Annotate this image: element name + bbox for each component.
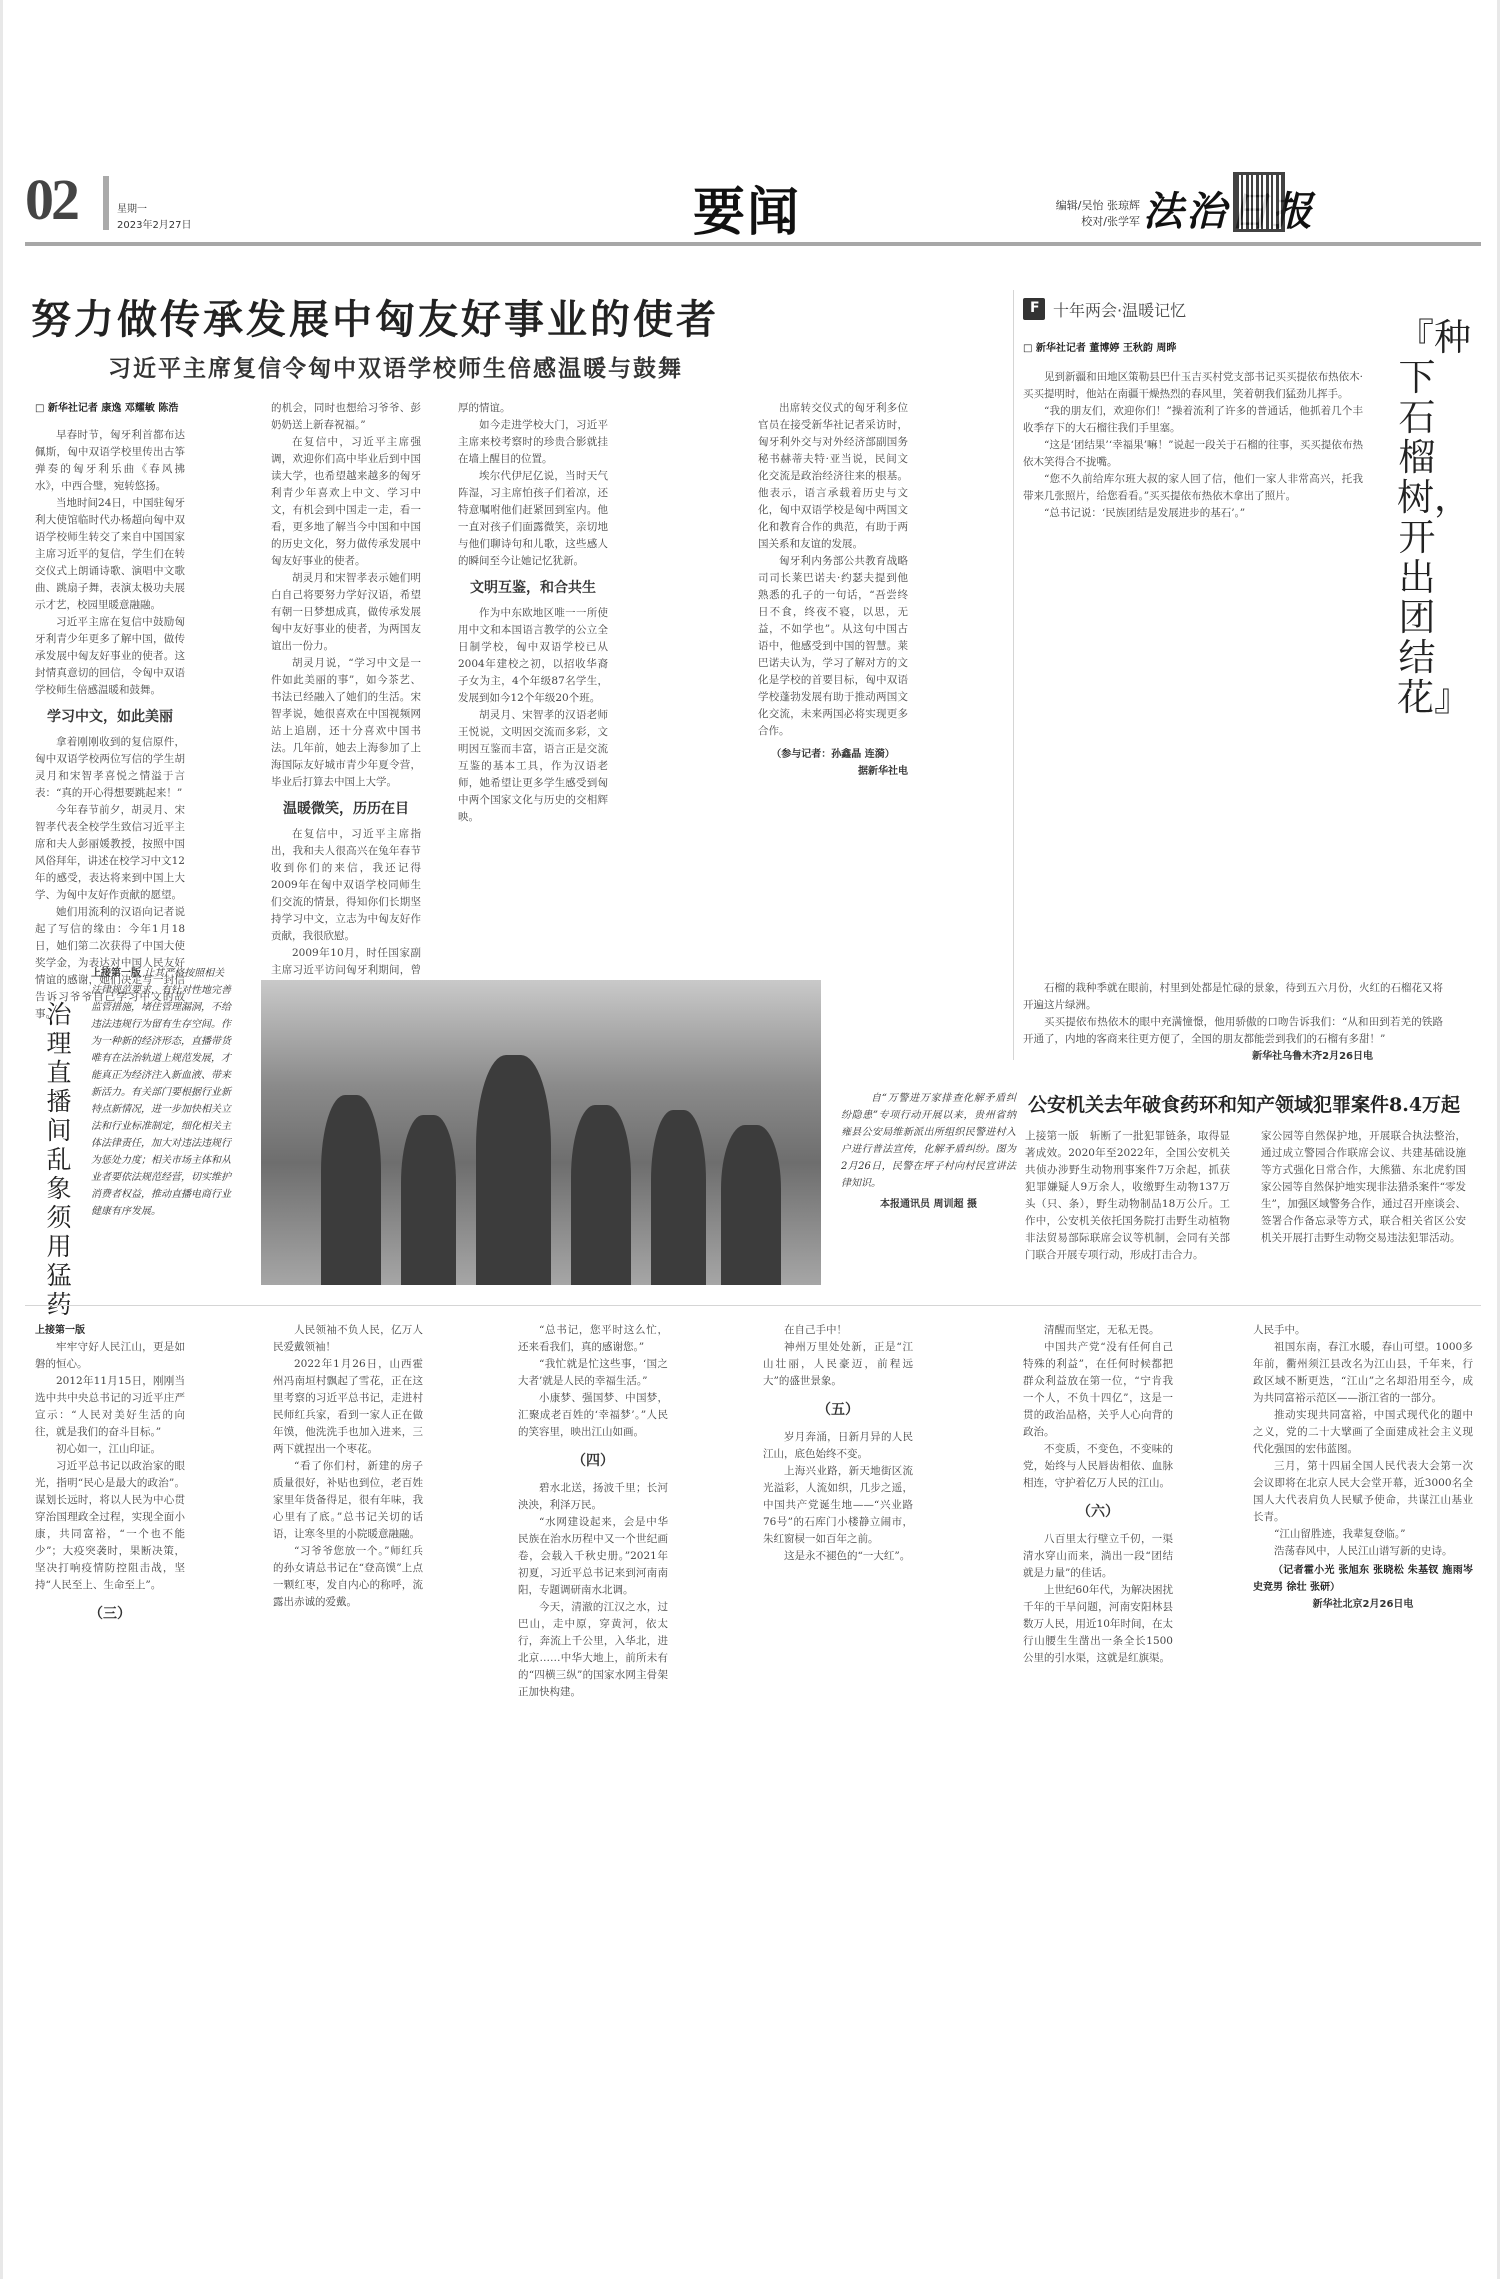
- lead-reporters: （参与记者：孙鑫晶 连漪）: [758, 746, 908, 763]
- column-logo-icon: [1023, 298, 1045, 320]
- paragraph: 小康梦、强国梦、中国梦，汇聚成老百姓的‘幸福梦’。”人民的笑容里，映出江山如画。: [518, 1390, 668, 1441]
- photo-credit: 本报通讯员 周训超 摄: [841, 1196, 1016, 1213]
- weekday: 星期一: [117, 200, 147, 215]
- photo-figure: [476, 1055, 551, 1285]
- paragraph: 作为中东欧地区唯一一所使用中文和本国语言教学的公立全日制学校，匈中双语学校已从2…: [458, 605, 608, 707]
- page-number: 02: [25, 170, 77, 230]
- photo-figure: [721, 1125, 781, 1285]
- paragraph: “总书记，您平时这么忙，还来看我们，真的感谢您。”: [518, 1322, 668, 1356]
- paragraph: “总书记说：‘民族团结是发展进步的基石’。”: [1023, 505, 1363, 522]
- caption-text: 自“万警进万家排查化解矛盾纠纷隐患”专项行动开展以来，贵州省纳雍县公安局维新派出…: [841, 1090, 1016, 1192]
- lead-headline: 努力做传承发展中匈友好事业的使者: [31, 288, 681, 345]
- column-name: 十年两会·温暖记忆: [1053, 298, 1186, 321]
- crime-headline: 公安机关去年破食药环和知产领域犯罪案件8.4万起: [1028, 1090, 1460, 1117]
- commentary-headline: 治理直播间乱象须用猛药: [41, 1000, 77, 1319]
- lead-col-1: □ 新华社记者 康逸 邓耀敏 陈浩 早春时节，匈牙利首都布达佩斯，匈中双语学校里…: [35, 400, 185, 1023]
- paragraph: 石榴的栽种季就在眼前，村里到处都是忙碌的景象，待到五六月份，火红的石榴花又将开遍…: [1023, 980, 1443, 1014]
- paragraph: 碧水北送，扬波千里；长河泱泱，利泽万民。: [518, 1480, 668, 1514]
- rail-dateline: 新华社乌鲁木齐2月26日电: [1023, 1048, 1443, 1065]
- section-marker-3: （三）: [35, 1606, 185, 1623]
- editor-credits: 编辑/吴怡 张琼辉 校对/张学军: [1030, 198, 1140, 230]
- subhead-warm-smile: 温暖微笑，历历在目: [271, 801, 421, 818]
- news-photo: [261, 980, 821, 1285]
- issue-date: 2023年2月27日: [117, 216, 192, 231]
- continued-label: 上接第一版: [35, 1322, 185, 1339]
- section-marker-5: （五）: [763, 1402, 913, 1419]
- paragraph: 祖国东南，春江水暖，春山可望。1000多年前，衢州须江县改名为江山县，千年来，行…: [1253, 1339, 1473, 1407]
- lead-col-2: 的机会，同时也想给习爷爷、彭奶奶送上新春祝福。” 在复信中，习近平主席强调，欢迎…: [271, 400, 421, 996]
- page-number-bar: [103, 176, 109, 230]
- paragraph: 中国共产党“没有任何自己特殊的利益”，在任何时候都把群众利益放在第一位，“宁肯我…: [1023, 1339, 1173, 1441]
- photo-figure: [651, 1110, 706, 1285]
- qr-code-icon[interactable]: [1233, 172, 1285, 232]
- lead-dateline: 据新华社电: [758, 763, 908, 780]
- lead-col-3: 厚的情谊。 如今走进学校大门，习近平主席来校考察时的珍贵合影就挂在墙上醒目的位置…: [458, 400, 608, 826]
- paragraph: 埃尔代伊尼亿说，当时天气阵湿，习主席怕孩子们着凉，还特意嘱咐他们赶紧回到室内。他…: [458, 468, 608, 570]
- section-title: 要闻: [693, 170, 801, 245]
- paragraph: “水网建设起来，会是中华民族在治水历程中又一个世纪画卷，会载入千秋史册。”202…: [518, 1514, 668, 1599]
- paragraph: 初心如一，江山印证。: [35, 1441, 185, 1458]
- paragraph: 习近平总书记以政治家的眼光，指明“民心是最大的政治”。谋划长远时，将以人民为中心…: [35, 1458, 185, 1594]
- paragraph: 八百里太行壁立千仞，一渠清水穿山而来，淌出一段“团结就是力量”的佳话。: [1023, 1531, 1173, 1582]
- paragraph: 上海兴业路，新天地街区流光溢彩，人流如织，几步之遥，中国共产党诞生地——“兴业路…: [763, 1463, 913, 1548]
- lower-reporters: （记者霍小光 张旭东 张晓松 朱基钗 施雨岑 史竞男 徐壮 张研）: [1253, 1562, 1473, 1596]
- subhead-mutual-learning: 文明互鉴，和合共生: [458, 580, 608, 597]
- section-divider: [25, 1305, 1481, 1306]
- paragraph: 推动实现共同富裕，中国式现代化的题中之义，党的二十大擘画了全面建成社会主义现代化…: [1253, 1407, 1473, 1458]
- paragraph: 人民领袖不负人民，亿万人民爱戴领袖！: [273, 1322, 423, 1356]
- paragraph: 在复信中，习近平主席指出，我和夫人很高兴在兔年春节收到你们的来信，我还记得200…: [271, 826, 421, 945]
- paragraph: 这是永不褪色的“一大红”。: [763, 1548, 913, 1565]
- rail-divider: [1013, 290, 1014, 1060]
- paragraph: 如今走进学校大门，习近平主席来校考察时的珍贵合影就挂在墙上醒目的位置。: [458, 417, 608, 468]
- paragraph: 今天，清澈的江汉之水，过巴山，走中原，穿黄河，依太行，奔流上千公里，入华北，进北…: [518, 1599, 668, 1701]
- paragraph: 浩荡春风中，人民江山谱写新的史诗。: [1253, 1543, 1473, 1560]
- paragraph: 不变质，不变色，不变味的党，始终与人民唇齿相依、血脉相连，守护着亿万人民的江山。: [1023, 1441, 1173, 1492]
- section-marker-6: （六）: [1023, 1504, 1173, 1521]
- paragraph: 家公园等自然保护地，开展联合执法整治，通过成立警园合作联席会议、共建基础设施等方…: [1261, 1128, 1466, 1247]
- crime-col-1: 上接第一版 斩断了一批犯罪链条，取得显著成效。2020年至2022年，全国公安机…: [1025, 1128, 1230, 1264]
- paragraph: “您不久前给库尔班大叔的家人回了信，他们一家人非常高兴，托我带来几张照片，给您看…: [1023, 471, 1363, 505]
- paragraph: 在复信中，习近平主席强调，欢迎你们高中毕业后到中国读大学，也希望越来越多的匈牙利…: [271, 434, 421, 570]
- paragraph: 早春时节，匈牙利首都布达佩斯，匈中双语学校里传出古筝弹奏的匈牙利乐曲《春风拂水》…: [35, 427, 185, 495]
- paragraph: 2012年11月15日，刚刚当选中共中央总书记的习近平庄严宣示：“人民对美好生活…: [35, 1373, 185, 1441]
- lead-subheadline: 习近平主席复信令匈中双语学校师生倍感温暖与鼓舞: [108, 350, 683, 383]
- lower-col-2: 人民领袖不负人民，亿万人民爱戴领袖！ 2022年1月26日，山西霍州冯南垣村飘起…: [273, 1322, 423, 1611]
- crime-col-2: 家公园等自然保护地，开展联合执法整治，通过成立警园合作联席会议、共建基础设施等方…: [1261, 1128, 1466, 1247]
- rail-story-body: □ 新华社记者 董博婷 王秋韵 周晔 见到新疆和田地区策勒县巴什玉吉买村党支部书…: [1023, 340, 1363, 522]
- paragraph: 的机会，同时也想给习爷爷、彭奶奶送上新春祝福。”: [271, 400, 421, 434]
- continued-label: 上接第一版: [91, 968, 141, 979]
- paragraph: 三月，第十四届全国人民代表大会第一次会议即将在北京人民大会堂开幕，近3000名全…: [1253, 1458, 1473, 1526]
- paragraph: 习近平主席在复信中鼓励匈牙利青少年更多了解中国，做传承发展中匈友好事业的使者。这…: [35, 614, 185, 699]
- paragraph: 在自己手中！: [763, 1322, 913, 1339]
- paragraph: 匈牙利内务部公共教育战略司司长莱巴诺夫·约瑟夫提到他熟悉的孔子的一句话，“吾尝终…: [758, 553, 908, 740]
- paragraph: 今年春节前夕，胡灵月、宋智孝代表全校学生致信习近平主席和夫人彭丽媛教授，按照中国…: [35, 802, 185, 904]
- lower-col-1: 上接第一版 牢牢守好人民江山，更是如磐的恒心。 2012年11月15日，刚刚当选…: [35, 1322, 185, 1633]
- header-rule: [25, 242, 1481, 246]
- paragraph: 2022年1月26日，山西霍州冯南垣村飘起了雪花，正在这里考察的习近平总书记，走…: [273, 1356, 423, 1458]
- paragraph: “我的朋友们，欢迎你们！”操着流利了许多的普通话，他抓着几个丰收季存下的大石榴往…: [1023, 403, 1363, 437]
- photo-figure: [571, 1105, 631, 1285]
- paragraph: “这是‘团结果’‘幸福果’嘛！”说起一段关于石榴的往事，买买提依布热依木笑得合不…: [1023, 437, 1363, 471]
- lower-dateline: 新华社北京2月26日电: [1253, 1596, 1473, 1613]
- paragraph: 胡灵月和宋智孝表示她们明白自己将要努力学好汉语，希望有朝一日梦想成真，做传承发展…: [271, 570, 421, 655]
- photo-figure: [321, 1095, 381, 1285]
- paper-logo: 法治日报: [1143, 180, 1315, 237]
- section-marker-4: （四）: [518, 1453, 668, 1470]
- paragraph: 胡灵月说，“学习中文是一件如此美丽的事”，如今茶艺、书法已经融入了她们的生活。宋…: [271, 655, 421, 791]
- proofreader: 校对/张学军: [1030, 214, 1140, 230]
- paragraph: 牢牢守好人民江山，更是如磐的恒心。: [35, 1339, 185, 1373]
- paragraph: 出席转交仪式的匈牙利多位官员在接受新华社记者采访时，匈牙利外交与对外经济部副国务…: [758, 400, 908, 553]
- paragraph: 上接第一版 斩断了一批犯罪链条，取得显著成效。2020年至2022年，全国公安机…: [1025, 1128, 1230, 1264]
- masthead: 02 星期一 2023年2月27日 要闻 编辑/吴怡 张琼辉 校对/张学军 法治…: [25, 170, 1500, 240]
- paragraph: 清醒而坚定，无私无畏。: [1023, 1322, 1173, 1339]
- rail-story-end: 石榴的栽种季就在眼前，村里到处都是忙碌的景象，待到五六月份，火红的石榴花又将开遍…: [1023, 980, 1443, 1065]
- rail-byline: □ 新华社记者 董博婷 王秋韵 周晔: [1023, 340, 1363, 357]
- lower-col-3: “总书记，您平时这么忙，还来看我们，真的感谢您。” “我忙就是忙这些事，‘国之大…: [518, 1322, 668, 1701]
- paragraph: 厚的情谊。: [458, 400, 608, 417]
- paragraph: 胡灵月、宋智孝的汉语老师王悦说，文明因交流而多彩，文明因互鉴而丰富，语言正是交流…: [458, 707, 608, 826]
- newspaper-page: 02 星期一 2023年2月27日 要闻 编辑/吴怡 张琼辉 校对/张学军 法治…: [0, 0, 1500, 2279]
- commentary-text: 让其严格按照相关法律规范要求，有针对性地完善监管措施，堵住管理漏洞，不给违法违规…: [91, 968, 231, 1217]
- lead-byline: □ 新华社记者 康逸 邓耀敏 陈浩: [35, 400, 185, 417]
- paragraph: 见到新疆和田地区策勒县巴什玉吉买村党支部书记买买提依布热依木·买买提明时，他站在…: [1023, 369, 1363, 403]
- paragraph: “看了你们村，新建的房子质量很好，补贴也到位，老百姓家里年货备得足，很有年味，我…: [273, 1458, 423, 1543]
- paragraph: 买买提依布热依木的眼中充满憧憬，他用骄傲的口吻告诉我们：“从和田到若羌的铁路开通…: [1023, 1014, 1443, 1048]
- paragraph: 岁月奔涌，日新月异的人民江山，底色始终不变。: [763, 1429, 913, 1463]
- photo-figure: [401, 1115, 456, 1285]
- paragraph: “我忙就是忙这些事，‘国之大者’就是人民的幸福生活。”: [518, 1356, 668, 1390]
- paragraph: 上世纪60年代，为解决困扰千年的干旱问题，河南安阳林县数万人民，用近10年时间，…: [1023, 1582, 1173, 1667]
- commentary-body: 上接第一版 让其严格按照相关法律规范要求，有针对性地完善监管措施，堵住管理漏洞，…: [91, 965, 231, 1220]
- subhead-learn-chinese: 学习中文，如此美丽: [35, 709, 185, 726]
- rail-vertical-headline: 『种下石榴树，开出团结花』: [1397, 318, 1437, 718]
- lower-col-5: 清醒而坚定，无私无畏。 中国共产党“没有任何自己特殊的利益”，在任何时候都把群众…: [1023, 1322, 1173, 1667]
- lower-col-4: 在自己手中！ 神州万里处处新，正是“江山壮丽，人民豪迈，前程远大”的盛世景象。 …: [763, 1322, 913, 1565]
- lead-col-4: 出席转交仪式的匈牙利多位官员在接受新华社记者采访时，匈牙利外交与对外经济部副国务…: [758, 400, 908, 780]
- lower-col-6: 人民手中。 祖国东南，春江水暖，春山可望。1000多年前，衢州须江县改名为江山县…: [1253, 1322, 1473, 1613]
- paragraph: 当地时间24日，中国驻匈牙利大使馆临时代办杨超向匈中双语学校师生转交了来自中国国…: [35, 495, 185, 614]
- paragraph: 神州万里处处新，正是“江山壮丽，人民豪迈，前程远大”的盛世景象。: [763, 1339, 913, 1390]
- paragraph: “习爷爷您放一个。”师红兵的孙女请总书记在“登高馍”上点一颗红枣，发自内心的称呼…: [273, 1543, 423, 1611]
- paragraph: 人民手中。: [1253, 1322, 1473, 1339]
- photo-caption: 自“万警进万家排查化解矛盾纠纷隐患”专项行动开展以来，贵州省纳雍县公安局维新派出…: [841, 1090, 1016, 1213]
- paragraph: 拿着刚刚收到的复信原件，匈中双语学校两位写信的学生胡灵月和宋智孝喜悦之情溢于言表…: [35, 734, 185, 802]
- paragraph: “江山留胜迹，我辈复登临。”: [1253, 1526, 1473, 1543]
- editors: 编辑/吴怡 张琼辉: [1030, 198, 1140, 214]
